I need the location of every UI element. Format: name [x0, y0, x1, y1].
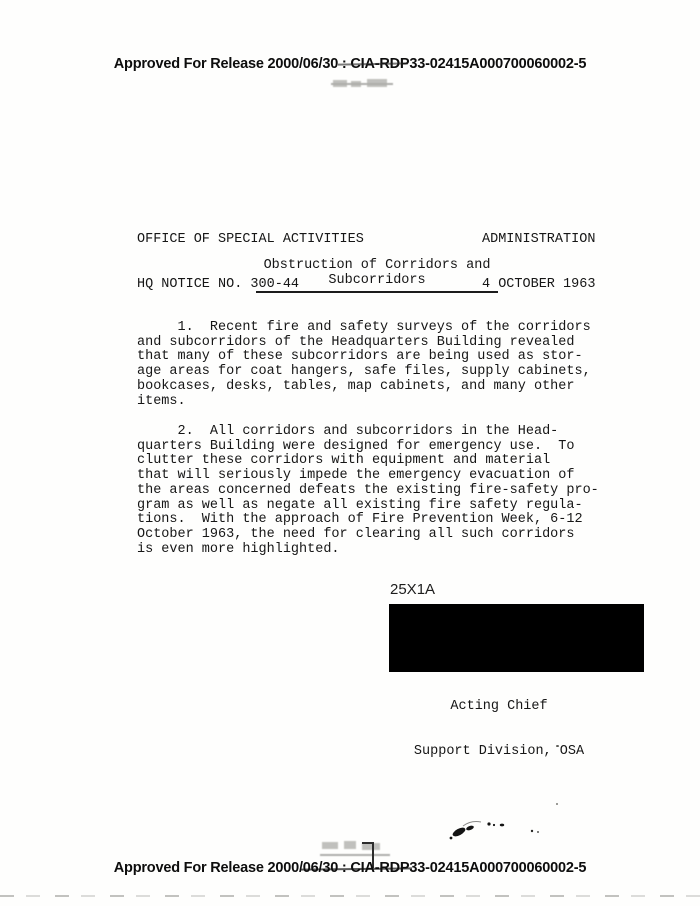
document-date: 4 OCTOBER 1963: [482, 278, 595, 293]
classification-stamp-remnant-top: [331, 76, 393, 92]
redaction-box: [389, 604, 644, 672]
signer-division: Support Division, OSA: [392, 745, 606, 760]
stamp-strikethrough: [331, 83, 393, 85]
admin-label: ADMINISTRATION: [482, 233, 595, 248]
body-paragraph-1: 1. Recent fire and safety surveys of the…: [137, 321, 591, 409]
body-paragraph-2: 2. All corridors and subcorridors in the…: [137, 425, 599, 557]
pen-tick-mark: [362, 842, 374, 844]
stamp-blob: [362, 843, 380, 850]
subject-title-line1: Obstruction of Corridors and: [256, 259, 498, 274]
ink-scribble-mark: [445, 798, 575, 843]
office-name: OFFICE OF SPECIAL ACTIVITIES: [137, 233, 364, 248]
document-page: Approved For Release 2000/06/30 : CIA-RD…: [0, 0, 700, 906]
stamp-blob: [322, 842, 338, 849]
redaction-code-label: 25X1A: [390, 581, 435, 598]
letterhead-admin-block: ADMINISTRATION 4 OCTOBER 1963: [482, 204, 595, 322]
approved-for-release-footer: Approved For Release 2000/06/30 : CIA-RD…: [0, 860, 700, 876]
subject-title: Obstruction of Corridors and Subcorridor…: [256, 259, 498, 293]
stamp-strikethrough: [320, 854, 390, 856]
signature-block: Acting Chief Support Division, OSA: [392, 671, 606, 789]
subject-title-line2: Subcorridors: [256, 274, 498, 289]
stamp-blob: [344, 841, 356, 849]
scan-artifact-line: [0, 895, 700, 897]
signer-title: Acting Chief: [392, 700, 606, 715]
paper-speck: [556, 745, 559, 747]
